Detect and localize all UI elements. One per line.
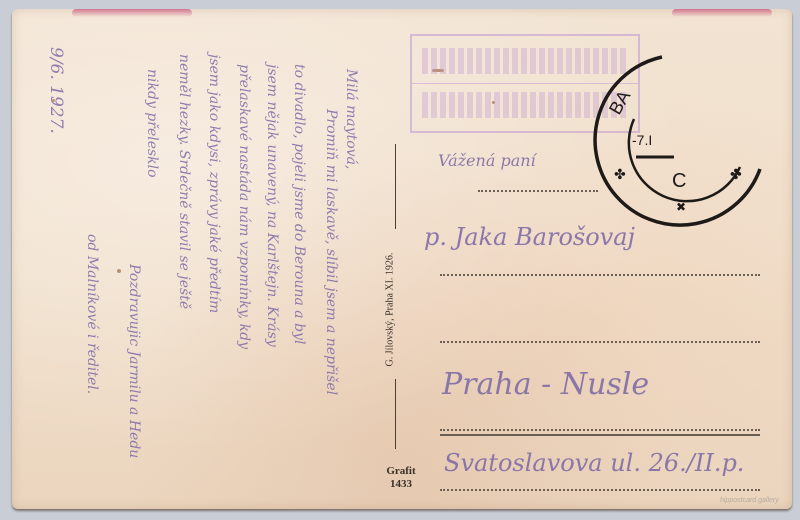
divider-line <box>395 379 396 449</box>
address-line <box>440 489 760 491</box>
divider-line <box>395 144 396 229</box>
paper-speck <box>117 269 121 273</box>
address-recipient: p. Jaka Barošovaj <box>424 223 635 251</box>
postmark-icon: BA -7.I C ✤ ✤ ✖ <box>592 49 772 229</box>
address-city: Praha - Nusle <box>442 367 649 402</box>
date-written: 9/6. 1927. <box>46 47 66 134</box>
message-line: neměl hezky. Srdečně stavil se ještě <box>176 54 192 309</box>
message-line: od Malníkové i ředitel. <box>84 234 100 394</box>
message-line: jsem nějak unavený, na Karlštejn. Krásy <box>264 64 280 347</box>
edge-stain <box>72 9 192 17</box>
svg-text:✖: ✖ <box>676 200 686 214</box>
address-line <box>440 434 760 436</box>
message-line: jsem jako kdysi, zprávy jaké předtím <box>206 54 222 313</box>
postmark-letter: C <box>672 170 686 192</box>
message-line: přelaskavé nastáda nám vzpomínky, kdy <box>236 64 252 349</box>
svg-text:✤: ✤ <box>730 167 742 183</box>
address-line <box>440 429 760 431</box>
watermark: hippostcard.gallery <box>720 497 779 504</box>
publisher-imprint: G. Jílovský, Praha XI. 1926. <box>385 240 396 380</box>
message-line: nikdy přelesklo <box>144 69 160 178</box>
message-line: to divadlo, pojeli jsme do Berouna a byl <box>291 64 307 344</box>
address-street: Svatoslavova ul. 26./II.p. <box>444 449 744 477</box>
series-label: Grafit 1433 <box>377 465 425 491</box>
postcard: 9/6. 1927. Milá maytová, Promiň mi laska… <box>12 9 792 509</box>
edge-stain <box>672 9 772 17</box>
series-name: Grafit <box>377 465 425 478</box>
address-line <box>440 274 760 276</box>
series-number: 1433 <box>377 478 425 491</box>
message-line: Milá maytová, <box>343 69 359 169</box>
svg-text:✤: ✤ <box>614 167 626 183</box>
address-line <box>478 190 598 192</box>
address-line <box>440 341 760 343</box>
postmark-date: -7.I <box>632 132 652 148</box>
message-line: Promiň mi laskavě, slíbil jsem a nepřiše… <box>323 109 339 395</box>
message-line: Pozdravujic Jarmilu a Hedu <box>126 264 142 458</box>
address-salutation: Vážená paní <box>438 151 536 170</box>
